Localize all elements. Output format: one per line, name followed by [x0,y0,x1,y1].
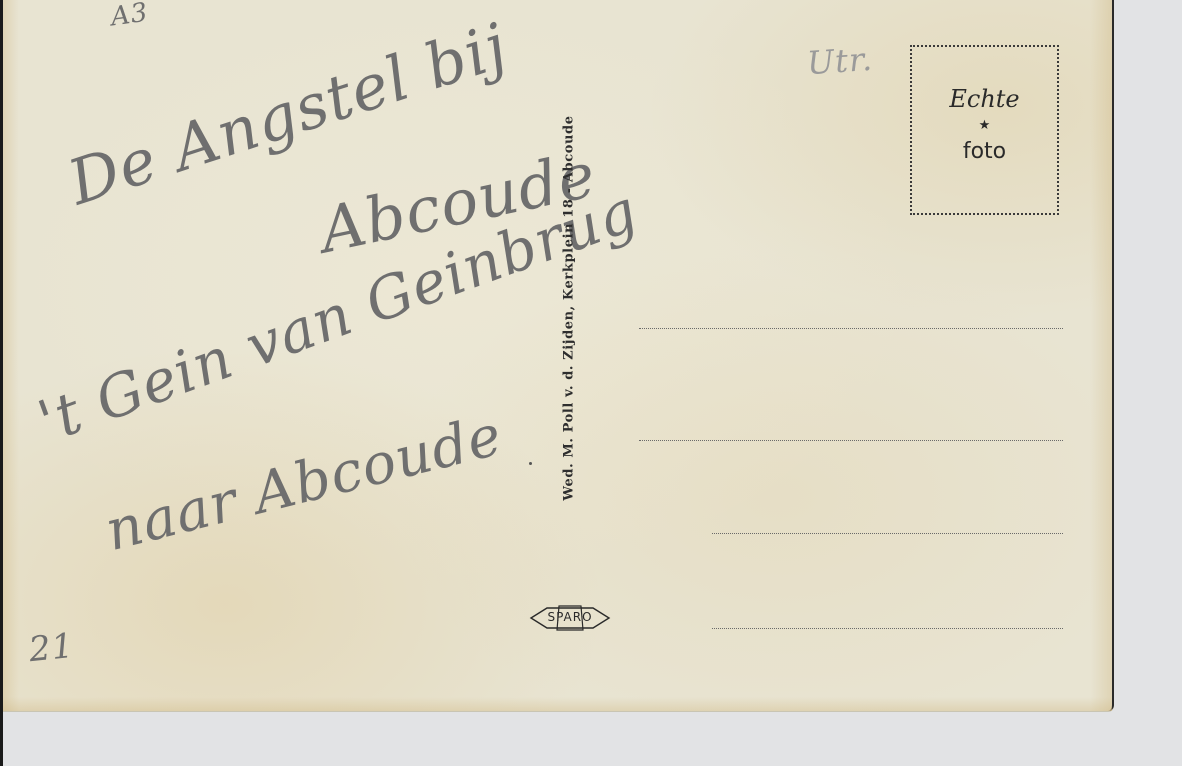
address-line-4 [712,628,1063,629]
logo-text: SPARO [529,610,611,624]
address-line-1 [639,328,1063,329]
address-line-3 [712,533,1063,534]
edge-stain [3,697,1112,711]
publisher-text: Wed. M. Poll v. d. Zijden, Kerkplein 18 … [562,115,577,500]
handwritten-note: Utr. [806,40,874,82]
handwritten-corner-mark: A3 [109,0,150,32]
handwritten-number: 21 [27,626,76,671]
address-line-2 [639,440,1063,441]
publisher-imprint: Wed. M. Poll v. d. Zijden, Kerkplein 18 … [557,88,581,528]
sparo-logo: SPARO [529,604,611,632]
edge-stain [3,0,19,711]
stamp-box: Echte ★ foto [910,45,1059,215]
star-icon: ★ [912,117,1057,133]
handwritten-caption-line-4: naar Abcoude [99,403,509,564]
postcard: A3 De Angstel bij Abcoude 't Gein van Ge… [3,0,1114,711]
edge-stain [1090,0,1112,711]
pencil-dot [529,462,532,465]
stamp-label-foto: foto [912,139,1057,164]
stamp-label-echte: Echte [912,85,1057,113]
